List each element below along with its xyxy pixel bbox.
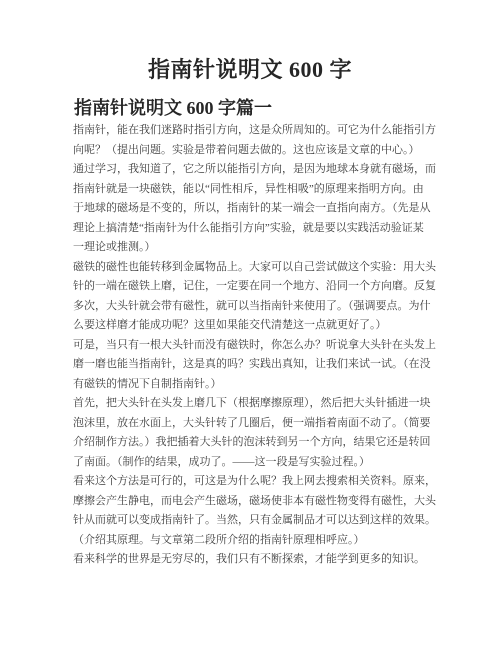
text-line: 多次，大头针就会带有磁性，就可以当指南针来使用了。（强调要点。为什 [73,297,445,317]
essay-body: 指南针，能在我们迷路时指引方向，这是众所周知的。可它为什么能指引方向呢？（提出问… [73,121,445,570]
text-line: 理论上搞清楚“指南针为什么能指引方向”实验，就是要以实践活动验证某 [73,219,445,239]
text-line: 有磁铁的情况下自制指南针。） [73,375,445,395]
document-page: 指南针说明文 600 字 指南针说明文 600 字篇一 指南针，能在我们迷路时指… [0,0,500,647]
text-line: 于地球的磁场是不变的，所以，指南针的某一端会一直指向南方。（先是从 [73,199,445,219]
text-line: 首先，把大头针在头发上磨几下（根据摩擦原理），然后把大头针插进一块 [73,394,445,414]
text-line: 指南针就是一块磁铁，能以“同性相斥，异性相吸”的原理来指明方向。由 [73,180,445,200]
text-line: 一理论或推测。） [73,238,445,258]
text-line: 泡沫里，放在水面上，大头针转了几圈后，便一端指着南面不动了。（简要 [73,414,445,434]
text-line: 么要这样磨才能成功呢？这里如果能交代清楚这一点就更好了。） [73,316,445,336]
text-line: 指南针，能在我们迷路时指引方向，这是众所周知的。可它为什么能指引方 [73,121,445,141]
text-line: 看来这个方法是可行的，可这是为什么呢？我上网去搜索相关资料。原来， [73,472,445,492]
text-line: 可是，当只有一根大头针而没有磁铁时，你怎么办？听说拿大头针在头发上 [73,336,445,356]
text-line: 看来科学的世界是无穷尽的，我们只有不断探索，才能学到更多的知识。 [73,550,445,570]
text-line: （介绍其原理。与文章第二段所介绍的指南针原理相呼应。） [73,531,445,551]
text-line: 了南面。（制作的结果，成功了。——这一段是写实验过程。） [73,453,445,473]
text-line: 磨一磨也能当指南针，这是真的吗？实践出真知，让我们来试一试。（在没 [73,355,445,375]
text-line: 针的一端在磁铁上磨，记住，一定要在同一个地方、沿同一个方向磨。反复 [73,277,445,297]
section-heading: 指南针说明文 600 字篇一 [74,97,272,119]
text-line: 磁铁的磁性也能转移到金属物品上。大家可以自己尝试做这个实验：用大头 [73,258,445,278]
text-line: 通过学习，我知道了，它之所以能指引方向，是因为地球本身就有磁场，而 [73,160,445,180]
text-line: 摩擦会产生静电，而电会产生磁场，磁场使非本有磁性物变得有磁性，大头 [73,492,445,512]
text-line: 介绍制作方法。）我把插着大头针的泡沫转到另一个方向，结果它还是转回 [73,433,445,453]
page-title: 指南针说明文 600 字 [0,55,500,85]
text-line: 针从而就可以变成指南针了。当然，只有金属制品才可以达到这样的效果。 [73,511,445,531]
text-line: 向呢？（提出问题。实验是带着问题去做的。这也应该是文章的中心。） [73,141,445,161]
